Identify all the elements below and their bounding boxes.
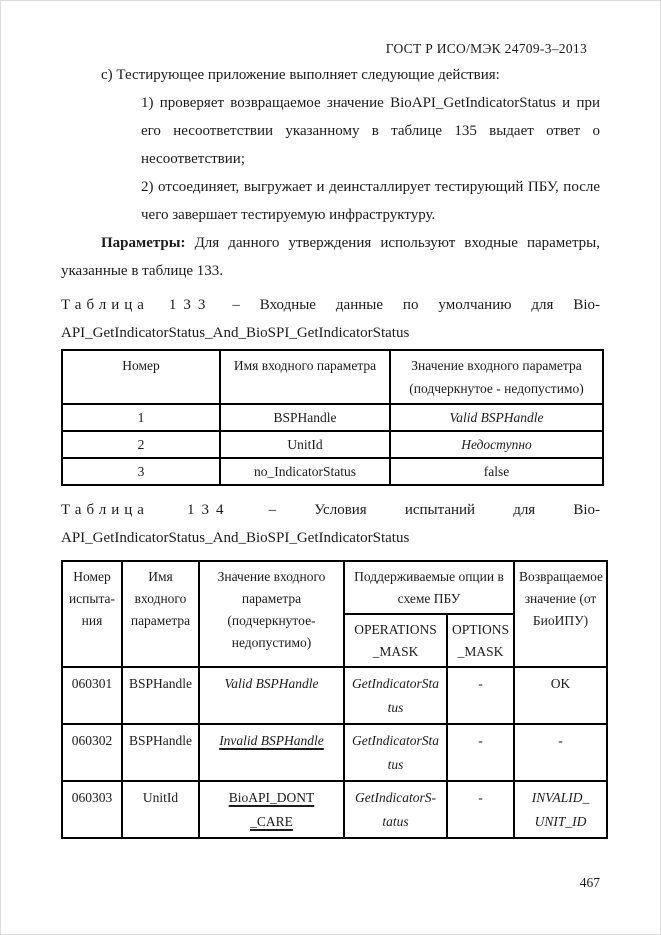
parameters-label: Параметры:: [101, 235, 186, 251]
table-134-caption-line1: Таблица 134 – Условия испытаний для Bio-: [61, 496, 600, 524]
table-cell-test-number: 060303: [62, 781, 122, 838]
column-header-param-value: Значение входного параметра (подчеркнуто…: [199, 561, 344, 667]
caption-label: Таблица: [61, 297, 149, 313]
table-cell-param-name: UnitId: [220, 431, 390, 458]
table-cell-test-number: 060302: [62, 724, 122, 781]
table-134-caption: Таблица 134 – Условия испытаний для Bio-…: [61, 496, 600, 552]
page-number: 467: [580, 875, 600, 891]
paragraph-item-2: 2) отсоединяет, выгружает и деинсталлиру…: [141, 173, 600, 229]
table-row: 060302 BSPHandle Invalid BSPHandle GetIn…: [62, 724, 607, 781]
table-cell-number: 1: [62, 404, 220, 431]
table-row: 1 BSPHandle Valid BSPHandle: [62, 404, 603, 431]
document-page: ГОСТ Р ИСО/МЭК 24709-3–2013 с) Тестирующ…: [0, 0, 661, 935]
table-134: Номер испыта- ния Имя входного параметра…: [61, 560, 608, 839]
table-cell-param-name: BSPHandle: [220, 404, 390, 431]
column-header-supported-options-group: Поддерживаемые опции в схеме ПБУ: [344, 561, 514, 614]
table-cell-options-mask: -: [447, 781, 514, 838]
table-cell-test-number: 060301: [62, 667, 122, 724]
column-header-options-mask: OPTIONS _MASK: [447, 614, 514, 667]
table-133-caption: Таблица 133 – Входные данные по умолчани…: [61, 291, 600, 347]
column-header-param-name: Имя входного параметра: [220, 350, 390, 404]
table-134-header-row-1: Номер испыта- ния Имя входного параметра…: [62, 561, 607, 614]
table-cell-operations-mask: GetIndicatorSta tus: [344, 667, 447, 724]
table-134-caption-line2: API_GetIndicatorStatus_And_BioSPI_GetInd…: [61, 524, 600, 552]
table-cell-operations-mask: GetIndicatorS- tatus: [344, 781, 447, 838]
table-cell-param-name: no_IndicatorStatus: [220, 458, 390, 485]
column-header-param-value: Значение входного параметра (подчеркнуто…: [390, 350, 603, 404]
table-133-caption-line2: API_GetIndicatorStatus_And_BioSPI_GetInd…: [61, 319, 600, 347]
table-cell-param-name: UnitId: [122, 781, 199, 838]
column-header-operations-mask: OPERATIONS _MASK: [344, 614, 447, 667]
table-row: 060301 BSPHandle Valid BSPHandle GetIndi…: [62, 667, 607, 724]
caption-text: Входные данные по умолчанию для Bio-: [260, 297, 600, 313]
table-row: 2 UnitId Недоступно: [62, 431, 603, 458]
caption-number: 133: [169, 297, 213, 313]
caption-dash: –: [269, 502, 277, 518]
paragraph-parameters: Параметры: Для данного утверждения испол…: [61, 229, 600, 285]
table-cell-param-value: Valid BSPHandle: [390, 404, 603, 431]
table-cell-return-value: INVALID_ UNIT_ID: [514, 781, 607, 838]
table-133-caption-line1: Таблица 133 – Входные данные по умолчани…: [61, 291, 600, 319]
table-cell-options-mask: -: [447, 724, 514, 781]
caption-text: Условия испытаний для Bio-: [314, 502, 600, 518]
table-cell-operations-mask: GetIndicatorSta tus: [344, 724, 447, 781]
column-header-test-number: Номер испыта- ния: [62, 561, 122, 667]
table-cell-param-value: false: [390, 458, 603, 485]
caption-label: Таблица: [61, 502, 149, 518]
table-cell-number: 2: [62, 431, 220, 458]
table-cell-param-value: Invalid BSPHandle: [199, 724, 344, 781]
table-cell-param-name: BSPHandle: [122, 667, 199, 724]
paragraph-item-c: с) Тестирующее приложение выполняет след…: [61, 61, 600, 89]
table-133-header-row: Номер Имя входного параметра Значение вх…: [62, 350, 603, 404]
column-header-param-name: Имя входного параметра: [122, 561, 199, 667]
table-row: 3 no_IndicatorStatus false: [62, 458, 603, 485]
column-header-return-value: Возвращаемое значение (от БиоИПУ): [514, 561, 607, 667]
caption-dash: –: [232, 297, 240, 313]
table-cell-param-value: BioAPI_DONT _CARE: [199, 781, 344, 838]
table-cell-param-value: Valid BSPHandle: [199, 667, 344, 724]
paragraph-item-1: 1) проверяет возвращаемое значение BioAP…: [141, 89, 600, 173]
table-cell-return-value: -: [514, 724, 607, 781]
document-standard-number: ГОСТ Р ИСО/МЭК 24709-3–2013: [61, 41, 587, 57]
table-cell-options-mask: -: [447, 667, 514, 724]
table-cell-return-value: OK: [514, 667, 607, 724]
table-cell-param-value: Недоступно: [390, 431, 603, 458]
table-cell-param-name: BSPHandle: [122, 724, 199, 781]
table-row: 060303 UnitId BioAPI_DONT _CARE GetIndic…: [62, 781, 607, 838]
column-header-number: Номер: [62, 350, 220, 404]
caption-number: 134: [187, 502, 231, 518]
table-133: Номер Имя входного параметра Значение вх…: [61, 349, 604, 486]
document-body: с) Тестирующее приложение выполняет след…: [61, 61, 600, 839]
table-cell-number: 3: [62, 458, 220, 485]
